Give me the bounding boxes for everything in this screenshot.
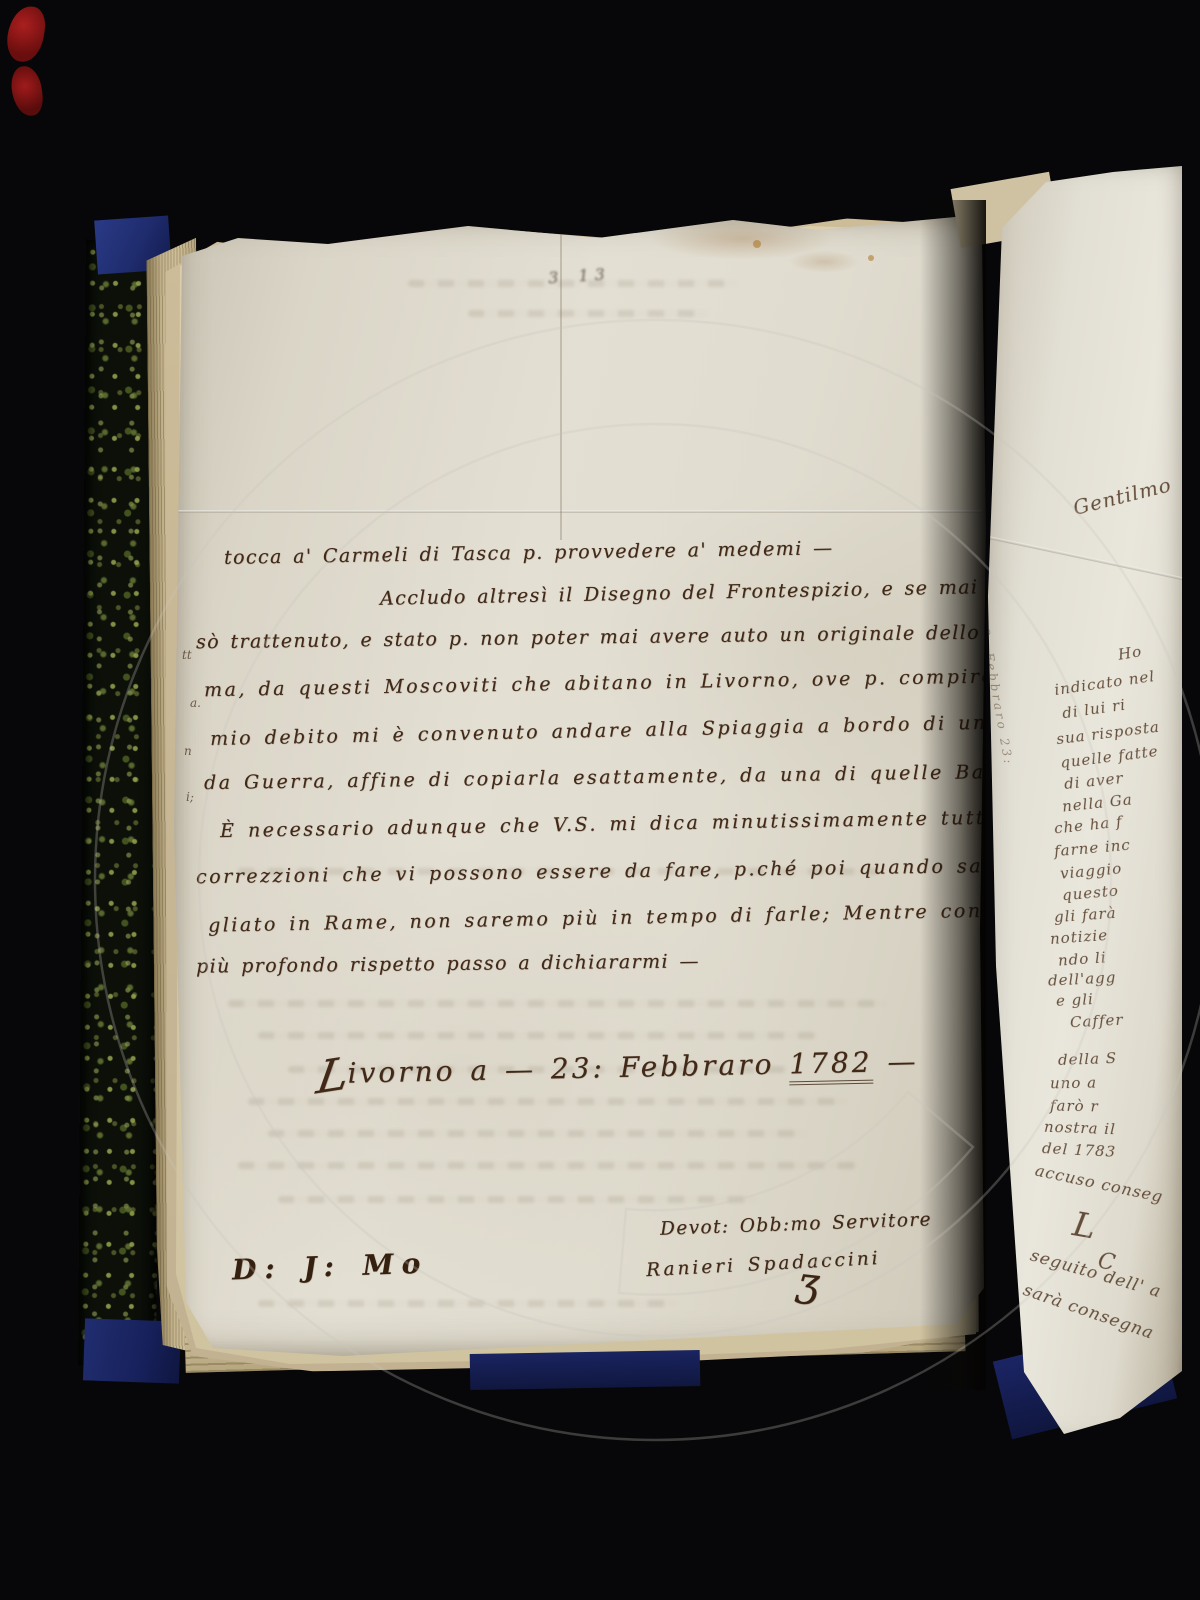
bleed-through-line: [258, 1032, 818, 1039]
addressee-abbreviation: D: J: Mo: [231, 1247, 428, 1287]
bleed-through-line: [268, 1130, 808, 1137]
facing-page-fragment: di aver: [1063, 769, 1124, 793]
letter-line: È necessario adunque che V.S. mi dica mi…: [220, 806, 1034, 842]
facing-page-fragment: L: [1070, 1204, 1100, 1247]
paper-crease: [984, 535, 1200, 584]
closing-courtesy-line: Devot: Obb:mo Servitore: [660, 1209, 933, 1239]
gutter-shadow: [920, 200, 986, 1390]
facing-page-fragment: accuso conseg: [1033, 1161, 1165, 1207]
facing-page-fragment: nella Ga: [1061, 790, 1133, 815]
dateline-swash-initial: L: [313, 1045, 356, 1104]
facing-page-fragment: notizie: [1049, 926, 1108, 948]
bleed-through-line: [238, 1162, 858, 1169]
facing-page-fragment: indicato nel: [1053, 667, 1156, 699]
dateline-year-underlined: 1782: [789, 1046, 873, 1086]
letter-line: tocca a' Carmeli di Tasca p. provvedere …: [224, 537, 834, 569]
facing-page-fragment: e gli: [1056, 990, 1095, 1010]
margin-mark: a.: [190, 696, 201, 710]
facing-page-fragment: nostra il: [1044, 1118, 1116, 1138]
facing-page-fragment: quelle fatte: [1059, 742, 1159, 772]
facing-page-fragment: Caffer: [1070, 1011, 1124, 1032]
facing-page-fragment: questo: [1061, 882, 1119, 905]
facing-page-fragment: della S: [1058, 1049, 1118, 1069]
margin-mark: n: [184, 744, 192, 758]
facing-page-fragment: dell'agg: [1048, 968, 1117, 990]
facing-page-fragment: di lui ri: [1061, 696, 1127, 723]
cover-board-blue-bottom-center: [470, 1350, 701, 1390]
bleed-through-line: [278, 1196, 758, 1203]
facing-page-fragment: farò r: [1050, 1097, 1099, 1116]
signature-name: Ranieri Spadaccini: [646, 1248, 881, 1281]
facing-page-fragment: ndo li: [1057, 948, 1107, 969]
margin-mark: i;: [186, 790, 194, 804]
facing-page-fragment: Ho: [1117, 642, 1144, 664]
facing-page-fragment: viaggio: [1059, 859, 1123, 882]
facing-page: Gentilmo Ho indicato nel di lui ri sua r…: [968, 166, 1182, 1441]
facing-page-header: Gentilmo: [1071, 472, 1174, 520]
letter-line: più profondo rispetto passo a dichiararm…: [196, 950, 700, 977]
fox-stain: [868, 255, 874, 261]
facing-page-fragment: che ha f: [1053, 812, 1123, 837]
letter-line: gliato in Rame, non saremo più in tempo …: [208, 899, 1011, 936]
red-paint-mark: [4, 4, 47, 64]
dateline-text: ivorno a — 23: Febbraro: [347, 1047, 789, 1089]
bleed-through-line: [258, 1300, 678, 1307]
signature-flourish: Ʒ: [794, 1267, 823, 1315]
facing-page-fragment: del 1783: [1042, 1139, 1117, 1161]
date-line: Livorno a — 23: Febbraro 1782 —: [318, 1036, 920, 1103]
red-paint-mark: [9, 65, 44, 118]
manuscript-photograph: 3 13 tt a. n i; tocca a' Carmeli di Tasc…: [0, 0, 1200, 1600]
margin-mark: tt: [182, 648, 192, 662]
paper-crease: [174, 510, 982, 513]
facing-page-fragment: gli farà: [1053, 904, 1117, 926]
facing-page-fragment: farne inc: [1053, 836, 1131, 861]
dateline-suffix: —: [872, 1045, 919, 1079]
fox-stain: [753, 240, 761, 248]
bleed-through-line: [228, 1000, 888, 1007]
manuscript-letter-page: 3 13 tt a. n i; tocca a' Carmeli di Tasc…: [168, 210, 988, 1360]
facing-page-fragment: uno a: [1050, 1074, 1097, 1093]
bleed-through-line: [468, 310, 708, 317]
letter-line: Accludo altresì il Disegno del Frontespi…: [380, 576, 979, 609]
letter-line: ma, da questi Moscoviti che abitano in L…: [204, 665, 1029, 701]
